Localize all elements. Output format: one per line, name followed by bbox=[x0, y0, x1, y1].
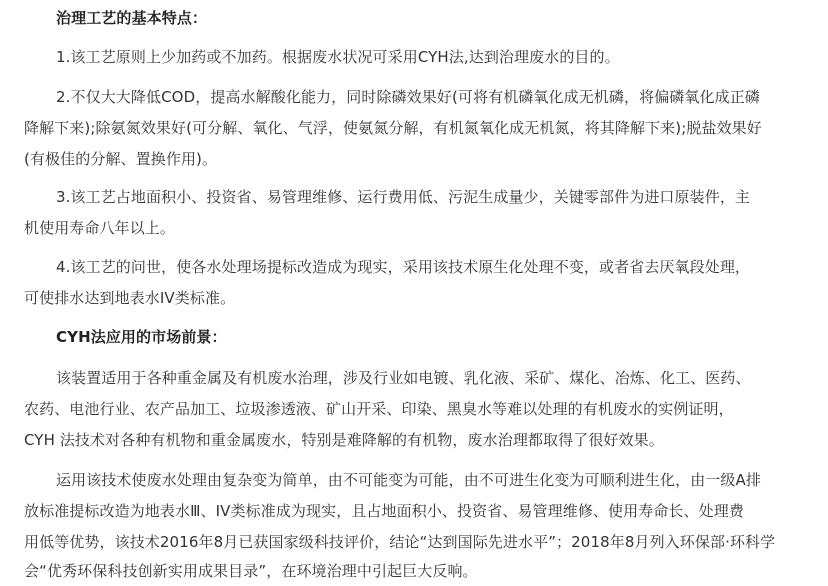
paragraph-3-line-2: 机使用寿命八年以上。 bbox=[24, 218, 175, 238]
paragraph-5-line-3: CYH 法技术对各种有机物和重金属废水，特别是难降解的有机物，废水治理都取得了很… bbox=[24, 430, 664, 450]
paragraph-5-line-2: 农药、电池行业、农产品加工、垃圾渗透液、矿山开采、印染、黑臭水等难以处理的有机废… bbox=[24, 399, 734, 419]
paragraph-2-line-1: 2.不仅大大降低COD，提高水解酸化能力，同时除磷效果好(可将有机磷氧化成无机磷… bbox=[56, 87, 760, 107]
section-heading-market-prospects: CYH法应用的市场前景： bbox=[56, 327, 227, 347]
paragraph-4-line-1: 4.该工艺的问世，使各水处理场提标改造成为现实，采用该技术原生化处理不变，或者省… bbox=[56, 257, 750, 277]
paragraph-6-line-4: 会“优秀环保科技创新实用成果目录”，在环境治理中引起巨大反响。 bbox=[24, 561, 478, 581]
section-heading-process-features: 治理工艺的基本特点： bbox=[56, 8, 207, 28]
paragraph-6-line-1: 运用该技术使废水处理由复杂变为简单，由不可能变为可能，由不可进生化变为可顺利进生… bbox=[56, 470, 761, 490]
paragraph-2-line-2: 降解下来);除氨氮效果好(可分解、氧化、气浮，使氨氮分解，有机氮氧化成无机氮，将… bbox=[24, 118, 762, 138]
document-body: 治理工艺的基本特点： 1.该工艺原则上少加药或不加药。根据废水状况可采用CYH法… bbox=[0, 0, 828, 586]
paragraph-1-line-1: 1.该工艺原则上少加药或不加药。根据废水状况可采用CYH法,达到治理废水的目的。 bbox=[56, 47, 620, 67]
paragraph-6-line-2: 放标准提标改造为地表水Ⅲ、IV类标准成为现实，且占地面积小、投资省、易管理维修、… bbox=[24, 501, 744, 521]
paragraph-6-line-3: 用低等优势，该技术2016年8月已获国家级科技评价，结论“达到国际先进水平”；2… bbox=[24, 532, 775, 552]
paragraph-3-line-1: 3.该工艺占地面积小、投资省、易管理维修、运行费用低、污泥生成量少，关键零部件为… bbox=[56, 187, 750, 207]
paragraph-2-line-3: (有极佳的分解、置换作用)。 bbox=[24, 149, 217, 169]
paragraph-4-line-2: 可使排水达到地表水IV类标准。 bbox=[24, 288, 235, 308]
paragraph-5-line-1: 该装置适用于各种重金属及有机废水治理，涉及行业如电镀、乳化液、采矿、煤化、冶炼、… bbox=[56, 368, 751, 388]
